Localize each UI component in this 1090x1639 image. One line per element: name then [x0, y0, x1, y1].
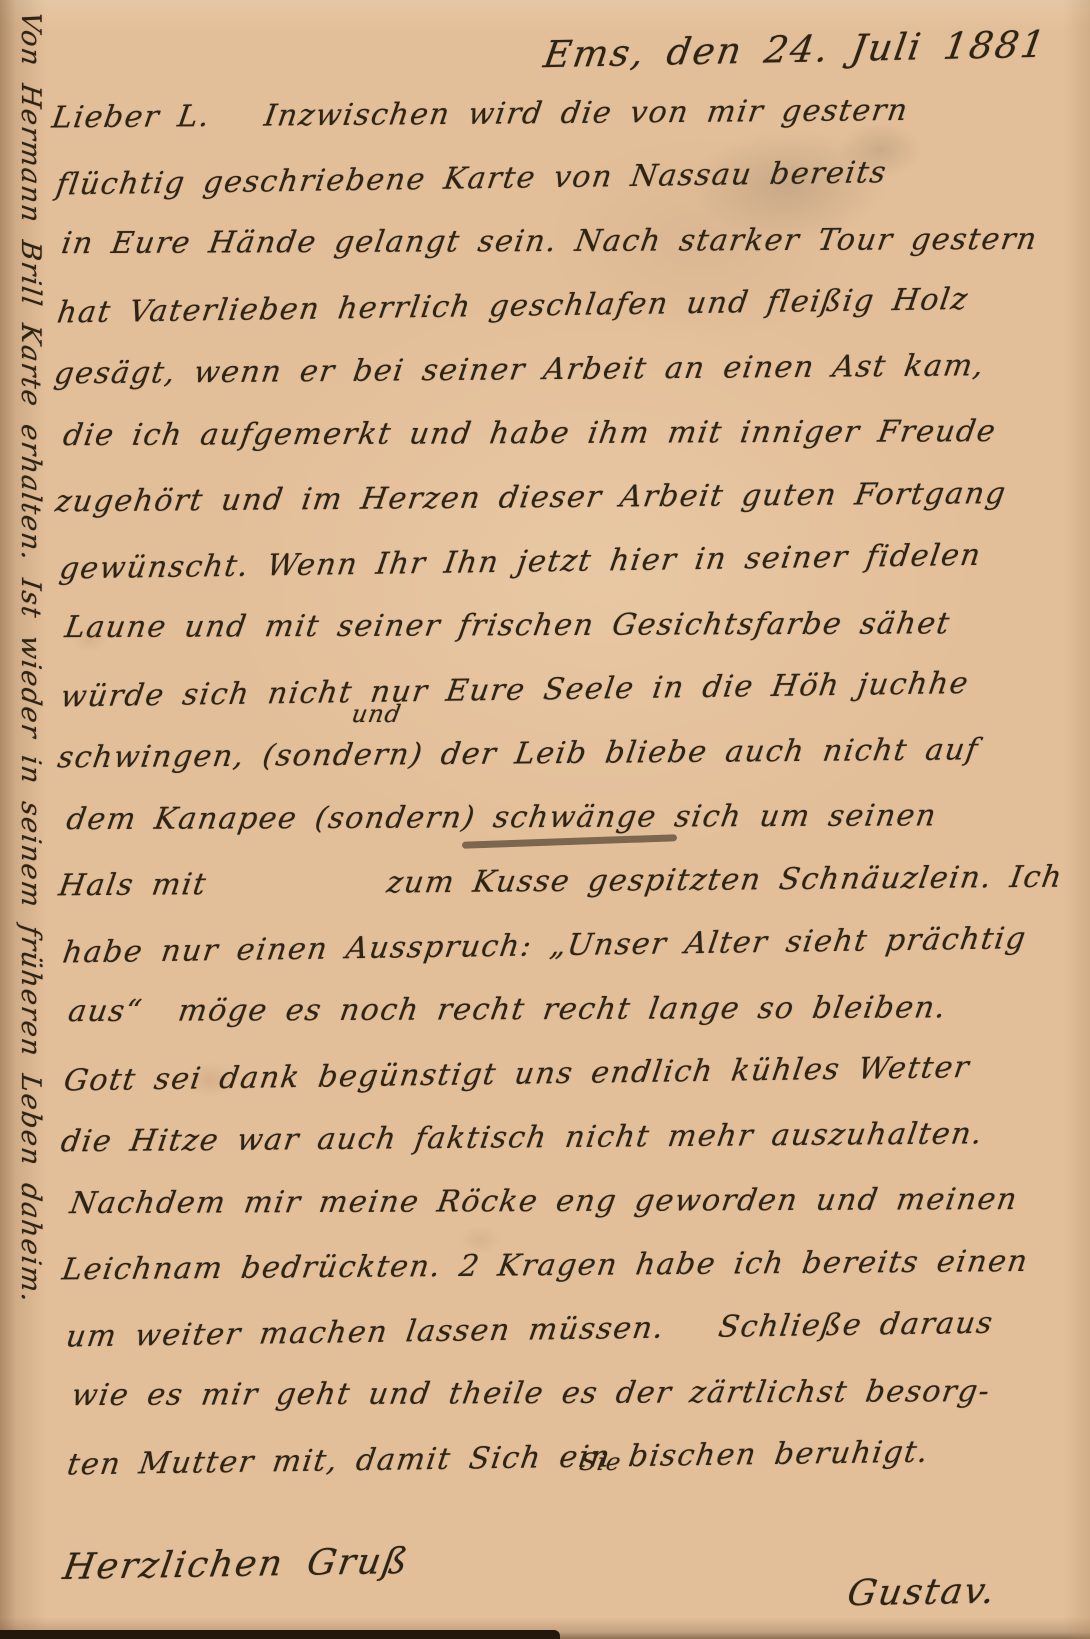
letter-line: Leichnam bedrückten. 2 Kragen habe ich b… [55, 1244, 1081, 1317]
dateline: Ems, den 24. Juli 1881 [541, 23, 1050, 76]
letter-line: ten Mutter mit, damit Sich ein bischen b… [61, 1432, 1083, 1511]
bottom-edge-tear [0, 1630, 560, 1639]
letter-line: Laune und mit seiner frischen Gesichtsfa… [58, 606, 1075, 674]
letter-line: Gott sei dank begünstigt uns endlich küh… [57, 1048, 1079, 1127]
letter-line: aus“ möge es noch recht recht lange so b… [61, 990, 1078, 1058]
letter-line: dem Kanapee (sondern) schwänge sich um s… [60, 798, 1077, 866]
letter-line: Nachdem mir meine Röcke eng geworden und… [63, 1182, 1080, 1250]
letter-line: Lieber L. Inzwischen wird die von mir ge… [45, 92, 1071, 165]
letter-line: die Hitze war auch faktisch nicht mehr a… [54, 1116, 1080, 1189]
letter-line: wie es mir geht und theile es der zärtli… [65, 1374, 1082, 1442]
letter-page: Von Hermann Brill Karte erhalten. Ist wi… [0, 0, 1090, 1639]
closing-greeting: Herzlichen Gruß [60, 1541, 412, 1588]
signature: Gustav. [845, 1571, 1000, 1615]
letter-line: würde sich nicht nur Eure Seele in die H… [54, 664, 1076, 743]
letter-line: Hals mit zum Kusse gespitzten Schnäuzlei… [52, 860, 1078, 933]
margin-note: Von Hermann Brill Karte erhalten. Ist wi… [15, 10, 46, 1594]
letter-line: gesägt, wenn er bei seiner Arbeit an ein… [48, 348, 1074, 421]
letter-body: Lieber L. Inzwischen wird die von mir ge… [50, 92, 1078, 1509]
interline-insertion-und: und [350, 700, 404, 728]
letter-line: hat Vaterlieben herrlich geschlafen und … [51, 280, 1073, 359]
letter-line: um weiter machen lassen müssen. Schließe… [60, 1304, 1082, 1383]
letter-line: zugehört und im Herzen dieser Arbeit gut… [49, 476, 1075, 549]
letter-line: in Eure Hände gelangt sein. Nach starker… [55, 222, 1072, 290]
letter-line: schwingen, (sondern) der Leib bliebe auc… [51, 732, 1077, 805]
interline-insertion-sie: Sie [578, 1448, 624, 1476]
letter-line: die ich aufgemerkt und habe ihm mit inni… [56, 414, 1073, 482]
letter-line: habe nur einen Ausspruch: „Unser Alter s… [56, 920, 1078, 999]
letter-line: flüchtig geschriebene Karte von Nassau b… [50, 152, 1072, 231]
letter-line: gewünscht. Wenn Ihr Ihn jetzt hier in se… [53, 536, 1075, 615]
